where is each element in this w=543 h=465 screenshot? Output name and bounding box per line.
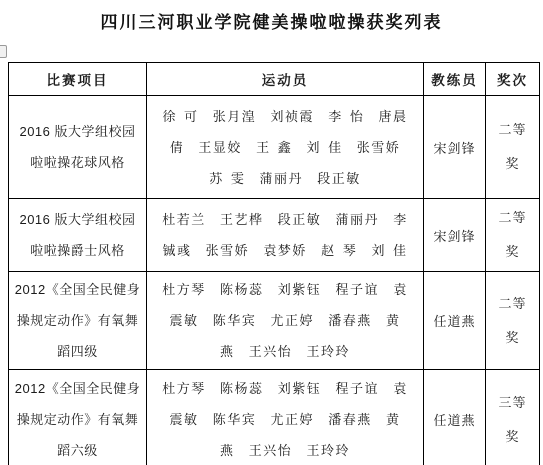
award-cell: 二等 奖: [486, 272, 540, 370]
event-cell: 2012《全国全民健身 操规定动作》有氧舞 蹈六级: [9, 370, 147, 465]
athletes-cell: 杜方琴 陈杨蕊 刘紫钰 程子谊 袁 震敏 陈华宾 尤正婷 潘春燕 黄 燕 王兴怡…: [147, 272, 424, 370]
awards-table: 比赛项目 运动员 教练员 奖次 2016 版大学组校园 啦啦操花球风格 徐 可 …: [8, 62, 540, 465]
award-cell: 三等 奖: [486, 370, 540, 465]
document-page: 四川三河职业学院健美操啦啦操获奖列表 比赛项目 运动员 教练员 奖次 2016 …: [0, 0, 543, 465]
award-cell: 二等 奖: [486, 96, 540, 199]
header-coach: 教练员: [424, 63, 486, 96]
table-header-row: 比赛项目 运动员 教练员 奖次: [9, 63, 540, 96]
event-cell: 2016 版大学组校园 啦啦操花球风格: [9, 96, 147, 199]
clipped-ui-fragment-icon: [0, 45, 7, 58]
coach-cell: 宋剑锋: [424, 199, 486, 272]
event-cell: 2016 版大学组校园 啦啦操爵士风格: [9, 199, 147, 272]
athletes-cell: 杜方琴 陈杨蕊 刘紫钰 程子谊 袁 震敏 陈华宾 尤正婷 潘春燕 黄 燕 王兴怡…: [147, 370, 424, 465]
coach-cell: 任道燕: [424, 272, 486, 370]
table-row: 2016 版大学组校园 啦啦操爵士风格 杜若兰 王艺桦 段正敏 蒲丽丹 李 铖彧…: [9, 199, 540, 272]
coach-cell: 宋剑锋: [424, 96, 486, 199]
event-cell: 2012《全国全民健身 操规定动作》有氧舞 蹈四级: [9, 272, 147, 370]
header-athletes: 运动员: [147, 63, 424, 96]
header-award: 奖次: [486, 63, 540, 96]
athletes-cell: 杜若兰 王艺桦 段正敏 蒲丽丹 李 铖彧 张雪娇 袁梦娇 赵 琴 刘 佳: [147, 199, 424, 272]
award-cell: 二等 奖: [486, 199, 540, 272]
table-row: 2012《全国全民健身 操规定动作》有氧舞 蹈六级 杜方琴 陈杨蕊 刘紫钰 程子…: [9, 370, 540, 465]
athletes-cell: 徐 可 张月湟 刘祯霞 李 怡 唐晨 倩 王显姣 王 鑫 刘 佳 张雪娇 苏 雯…: [147, 96, 424, 199]
document-title: 四川三河职业学院健美操啦啦操获奖列表: [0, 8, 543, 33]
table-row: 2016 版大学组校园 啦啦操花球风格 徐 可 张月湟 刘祯霞 李 怡 唐晨 倩…: [9, 96, 540, 199]
table-row: 2012《全国全民健身 操规定动作》有氧舞 蹈四级 杜方琴 陈杨蕊 刘紫钰 程子…: [9, 272, 540, 370]
coach-cell: 任道燕: [424, 370, 486, 465]
header-event: 比赛项目: [9, 63, 147, 96]
